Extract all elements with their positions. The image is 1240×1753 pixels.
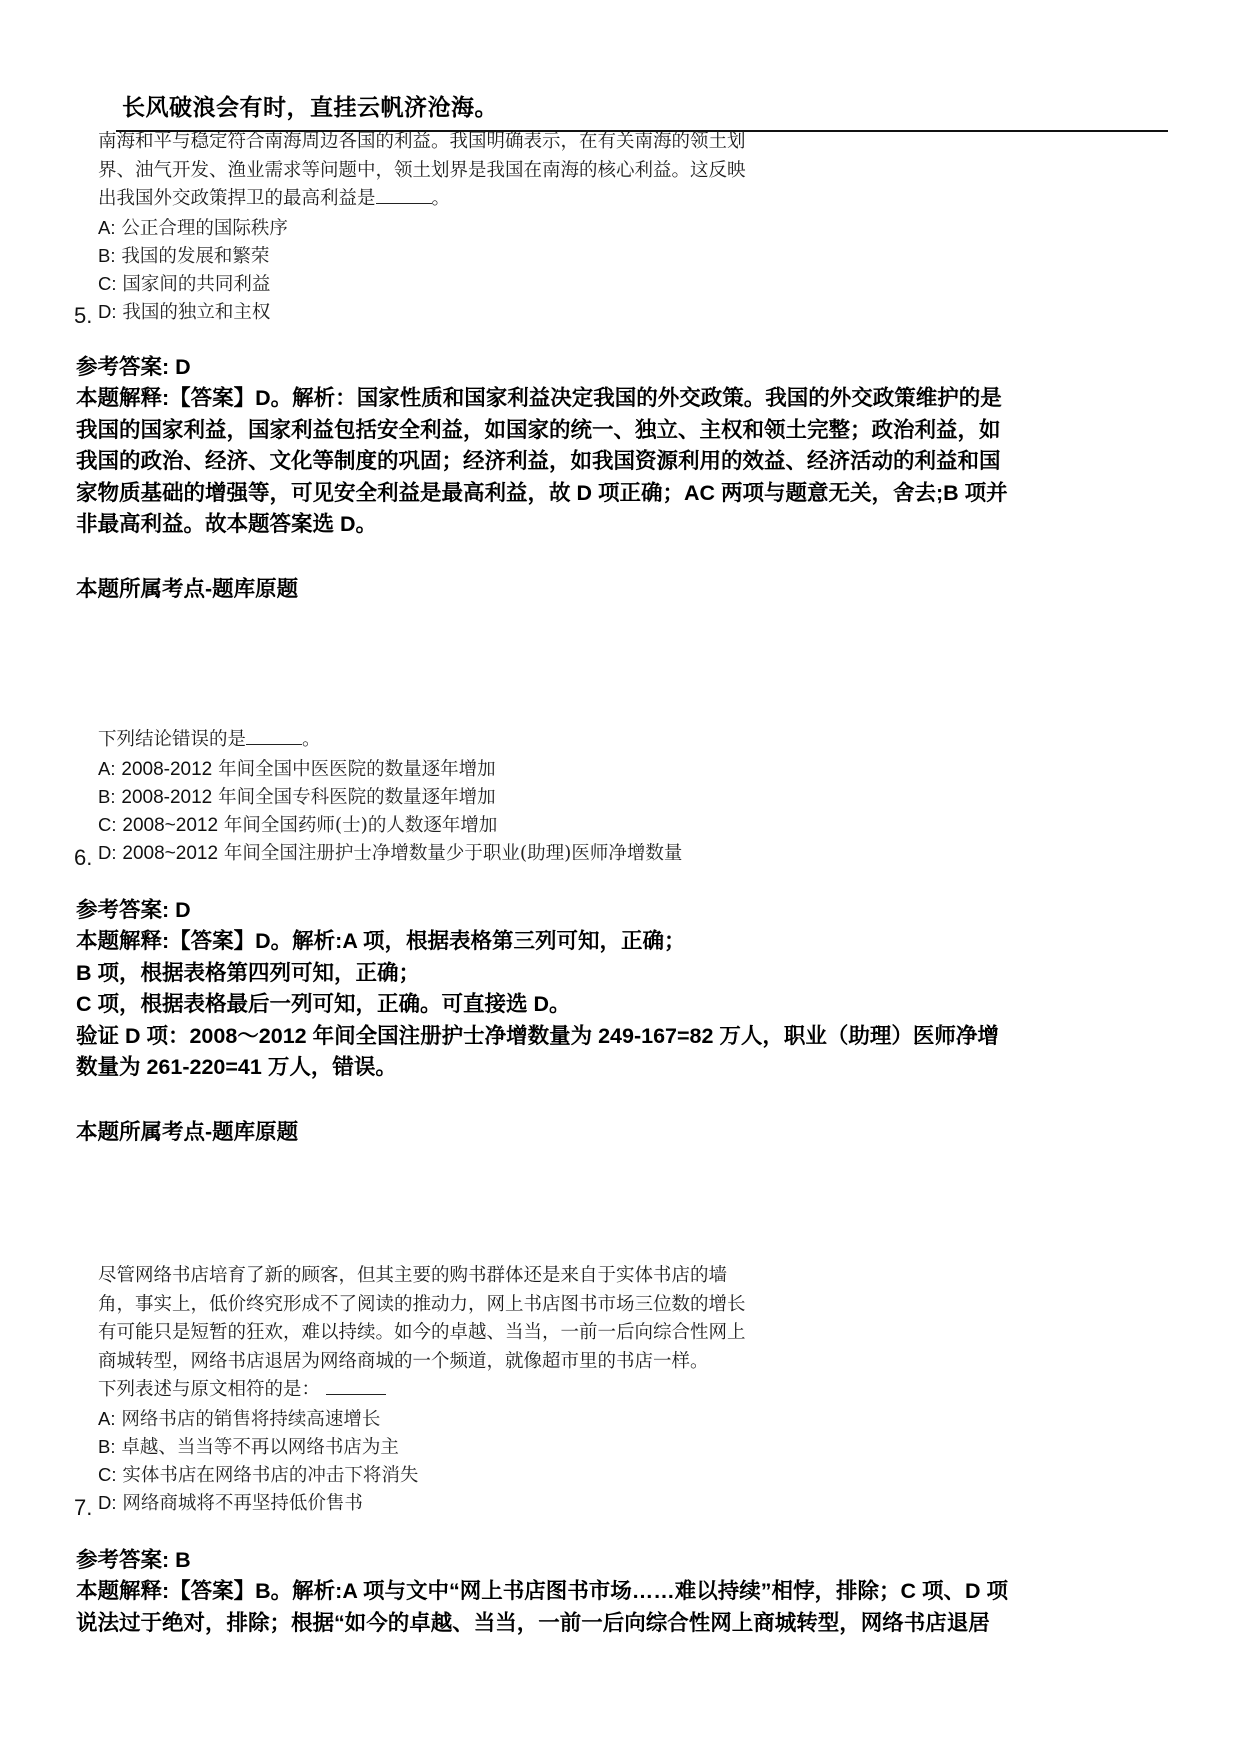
option-letter: A: <box>98 217 115 238</box>
question-number: 7. <box>74 1496 92 1520</box>
stem-suffix: 。 <box>432 188 451 209</box>
option-desc: 年间全国药师(士)的人数逐年增加 <box>224 815 497 836</box>
explanation-line: 本题解释:【答案】D。解析:A 项，根据表格第三列可知，正确； <box>76 926 1166 958</box>
option-a: A: 网络书店的销售将持续高速增长 <box>98 1405 746 1433</box>
explanation-line: 数量为 261-220=41 万人，错误。 <box>76 1052 1166 1084</box>
stem-line: 下列表述与原文相符的是： <box>98 1376 746 1405</box>
option-letter: A: <box>98 1408 115 1429</box>
option-text: 我国的发展和繁荣 <box>121 246 269 267</box>
question-stem: 尽管网络书店培育了新的顾客，但其主要的购书群体还是来自于实体书店的墙 角，事实上… <box>98 1262 746 1517</box>
stem-text: 出我国外交政策捍卫的最高利益是 <box>98 188 376 209</box>
option-text: 2008-2012 年间全国中医医院的数量逐年增加 <box>121 759 495 780</box>
stem-line: 角，事实上，低价终究形成不了阅读的推动力，网上书店图书市场三位数的增长 <box>98 1291 746 1320</box>
reference-answer: 参考答案: D <box>76 895 191 925</box>
option-a: A: 2008-2012 年间全国中医医院的数量逐年增加 <box>98 755 682 783</box>
option-text: 2008-2012 年间全国专科医院的数量逐年增加 <box>121 787 495 808</box>
question-number: 5. <box>74 304 92 328</box>
explanation-line: C 项，根据表格最后一列可知，正确。可直接选 D。 <box>76 989 1166 1021</box>
document-page: 长风破浪会有时，直挂云帆济沧海。 南海和平与稳定符合南海周边各国的利益。我国明确… <box>0 0 1240 1753</box>
option-desc: 年间全国中医医院的数量逐年增加 <box>218 759 496 780</box>
option-desc: 年间全国注册护士净增数量少于职业(助理)医师净增数量 <box>224 843 682 864</box>
option-letter: C: <box>98 273 117 294</box>
option-text: 国家间的共同利益 <box>122 274 270 295</box>
stem-line: 有可能只是短暂的狂欢，难以持续。如今的卓越、当当，一前一后向综合性网上 <box>98 1319 746 1348</box>
explanation-line: 本题解释:【答案】B。解析:A 项与文中“网上书店图书市场……难以持续”相悖，排… <box>76 1576 1166 1608</box>
answer-blank <box>376 185 432 204</box>
option-d: D: 2008~2012 年间全国注册护士净增数量少于职业(助理)医师净增数量 <box>98 839 682 867</box>
stem-text: 下列表述与原文相符的是： <box>98 1379 320 1400</box>
option-d: D: 我国的独立和主权 <box>98 298 746 326</box>
option-text: 网络书店的销售将持续高速增长 <box>121 1409 380 1430</box>
option-text: 网络商城将不再坚持低价售书 <box>122 1493 363 1514</box>
explanation-line: 说法过于绝对，排除；根据“如今的卓越、当当，一前一后向综合性网上商城转型，网络书… <box>76 1608 1166 1640</box>
option-b: B: 卓越、当当等不再以网络书店为主 <box>98 1433 746 1461</box>
knowledge-point: 本题所属考点-题库原题 <box>76 574 298 604</box>
explanation: 本题解释:【答案】D。解析：国家性质和国家利益决定我国的外交政策。我国的外交政策… <box>76 383 1166 541</box>
stem-text: 下列结论错误的是 <box>98 729 246 750</box>
explanation-line: B 项，根据表格第四列可知，正确； <box>76 958 1166 990</box>
explanation: 本题解释:【答案】D。解析:A 项，根据表格第三列可知，正确； B 项，根据表格… <box>76 926 1166 1084</box>
option-desc: 年间全国专科医院的数量逐年增加 <box>218 787 496 808</box>
option-letter: C: <box>98 814 117 835</box>
option-years: 2008~2012 <box>122 815 218 836</box>
explanation-line: 非最高利益。故本题答案选 D。 <box>76 509 1166 541</box>
stem-line: 界、油气开发、渔业需求等问题中，领土划界是我国在南海的核心利益。这反映 <box>98 157 746 186</box>
reference-answer: 参考答案: B <box>76 1545 191 1575</box>
option-text: 我国的独立和主权 <box>122 302 270 323</box>
option-letter: D: <box>98 842 117 863</box>
stem-suffix: 。 <box>302 729 321 750</box>
reference-answer: 参考答案: D <box>76 352 191 382</box>
option-text: 实体书店在网络书店的冲击下将消失 <box>122 1465 418 1486</box>
answer-blank <box>246 726 302 745</box>
stem-line: 尽管网络书店培育了新的顾客，但其主要的购书群体还是来自于实体书店的墙 <box>98 1262 746 1291</box>
option-years: 2008-2012 <box>121 759 212 780</box>
option-letter: C: <box>98 1464 117 1485</box>
knowledge-point: 本题所属考点-题库原题 <box>76 1117 298 1147</box>
explanation: 本题解释:【答案】B。解析:A 项与文中“网上书店图书市场……难以持续”相悖，排… <box>76 1576 1166 1639</box>
option-d: D: 网络商城将不再坚持低价售书 <box>98 1489 746 1517</box>
option-letter: B: <box>98 1436 115 1457</box>
option-years: 2008~2012 <box>122 843 218 864</box>
stem-line: 下列结论错误的是。 <box>98 726 682 755</box>
option-letter: B: <box>98 245 115 266</box>
option-c: C: 国家间的共同利益 <box>98 270 746 298</box>
option-letter: D: <box>98 301 117 322</box>
option-b: B: 2008-2012 年间全国专科医院的数量逐年增加 <box>98 783 682 811</box>
explanation-line: 本题解释:【答案】D。解析：国家性质和国家利益决定我国的外交政策。我国的外交政策… <box>76 383 1166 415</box>
option-letter: A: <box>98 758 115 779</box>
question-stem: 下列结论错误的是。 A: 2008-2012 年间全国中医医院的数量逐年增加 B… <box>98 726 682 867</box>
explanation-line: 验证 D 项：2008～2012 年间全国注册护士净增数量为 249-167=8… <box>76 1021 1166 1053</box>
option-c: C: 2008~2012 年间全国药师(士)的人数逐年增加 <box>98 811 682 839</box>
stem-line: 出我国外交政策捍卫的最高利益是。 <box>98 185 746 214</box>
option-text: 2008~2012 年间全国药师(士)的人数逐年增加 <box>122 815 497 836</box>
explanation-line: 家物质基础的增强等，可见安全利益是最高利益，故 D 项正确；AC 两项与题意无关… <box>76 478 1166 510</box>
option-text: 公正合理的国际秩序 <box>121 218 288 239</box>
option-b: B: 我国的发展和繁荣 <box>98 242 746 270</box>
explanation-line: 我国的国家利益，国家利益包括安全利益，如国家的统一、独立、主权和领土完整；政治利… <box>76 415 1166 447</box>
question-number: 6. <box>74 846 92 870</box>
question-stem: 南海和平与稳定符合南海周边各国的利益。我国明确表示，在有关南海的领土划 界、油气… <box>98 128 746 326</box>
answer-blank <box>326 1376 386 1395</box>
option-c: C: 实体书店在网络书店的冲击下将消失 <box>98 1461 746 1489</box>
explanation-line: 我国的政治、经济、文化等制度的巩固；经济利益，如我国资源利用的效益、经济活动的利… <box>76 446 1166 478</box>
option-letter: D: <box>98 1492 117 1513</box>
option-text: 卓越、当当等不再以网络书店为主 <box>121 1437 399 1458</box>
stem-line: 南海和平与稳定符合南海周边各国的利益。我国明确表示，在有关南海的领土划 <box>98 128 746 157</box>
page-header: 长风破浪会有时，直挂云帆济沧海。 <box>116 92 1168 132</box>
option-text: 2008~2012 年间全国注册护士净增数量少于职业(助理)医师净增数量 <box>122 843 682 864</box>
option-letter: B: <box>98 786 115 807</box>
option-a: A: 公正合理的国际秩序 <box>98 214 746 242</box>
header-motto: 长风破浪会有时，直挂云帆济沧海。 <box>122 92 498 124</box>
option-years: 2008-2012 <box>121 787 212 808</box>
stem-line: 商城转型，网络书店退居为网络商城的一个频道，就像超市里的书店一样。 <box>98 1348 746 1377</box>
